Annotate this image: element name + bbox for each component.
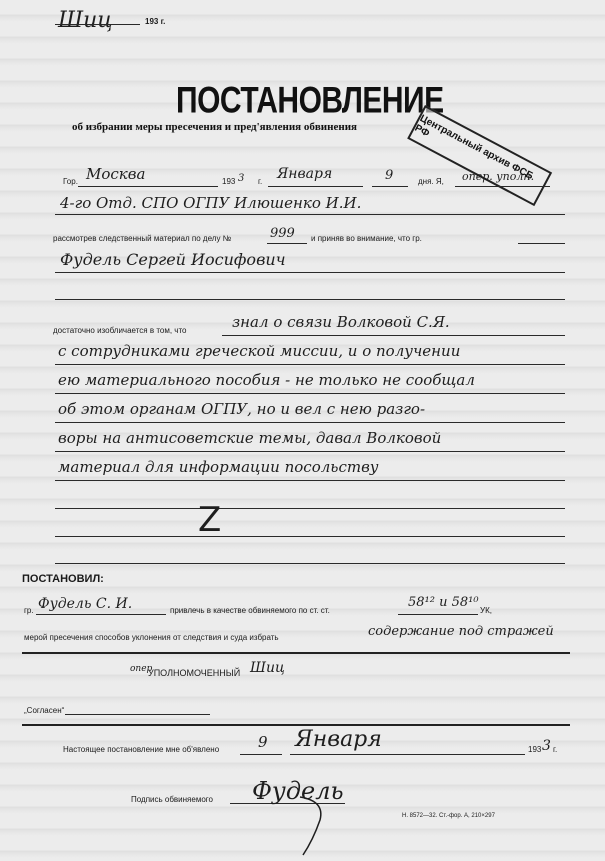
day-underline (372, 186, 408, 187)
blank-mark: Z (198, 500, 221, 540)
agreed-underline (65, 714, 210, 715)
announce-year-label: 193 (528, 745, 541, 754)
considered-suffix: и приняв во внимание, что гр. (311, 234, 422, 243)
day-label: дня. Я, (418, 177, 444, 186)
citizen-underline (36, 614, 166, 615)
page-title: ПОСТАНОВЛЕНИЕ (176, 80, 444, 123)
charge-underline-5 (55, 480, 565, 481)
charge-articles-label: привлечь в качестве обвиняемого по ст. с… (170, 606, 330, 615)
considered-label: рассмотрев следственный материал по делу… (53, 234, 231, 243)
blank-line-3 (55, 536, 565, 537)
archive-stamp: Центральный архив ФСБ РФ (407, 105, 552, 206)
month-value: Января (277, 166, 332, 182)
announce-year-suffix: г. (553, 745, 557, 754)
officer-title-value: опер. уполн. (462, 170, 534, 183)
blank-line-2 (55, 508, 565, 509)
year-value: 3 (238, 173, 244, 184)
announcement-label: Настоящее постановление мне об'явлено (63, 745, 219, 754)
city-value: Москва (86, 165, 145, 183)
print-code: Н. 8572—32. Ст.-фор. А, 210×297 (402, 813, 495, 819)
charge-line: об этом органам ОГПУ, но и вел с нею раз… (58, 400, 425, 418)
charge-line: ею материального пособия - не только не … (58, 371, 475, 389)
charge-line: с сотрудниками греческой миссии, и о пол… (58, 342, 460, 360)
officer-title-underline (455, 186, 550, 187)
announce-month-underline (290, 754, 470, 755)
page-subtitle: об избрании меры пресечения и пред'явлен… (72, 121, 357, 133)
announce-month: Января (295, 727, 382, 752)
agreed-label: „Согласен“ (24, 706, 64, 715)
blank-line-1 (55, 299, 565, 300)
citizen-value: Фудель С. И. (38, 596, 132, 612)
year-suffix: г. (258, 177, 262, 186)
officer-name: 4-го Отд. СПО ОГПУ Илюшенко И.И. (60, 194, 361, 212)
case-number: 999 (270, 226, 295, 241)
charge-label: достаточно изобличается в том, что (53, 326, 187, 335)
announce-day: 9 (258, 733, 268, 751)
officer-signature: Шиц (250, 660, 285, 676)
charge-line: материал для информации посольству (58, 458, 379, 476)
officer-label: УПОЛНОМОЧЕННЫЙ (148, 668, 240, 678)
announce-year-underline (470, 754, 525, 755)
articles-underline (398, 614, 478, 615)
charge-underline-3 (55, 422, 565, 423)
city-label: Гор. (63, 177, 78, 186)
charge-underline-1 (55, 364, 565, 365)
city-underline (78, 186, 218, 187)
citizen-label: гр. (24, 606, 34, 615)
charge-line: воры на антисоветские темы, давал Волков… (58, 429, 441, 447)
measure-underline (22, 652, 570, 654)
announce-day-underline (240, 754, 282, 755)
document-page: Шиц 193 г. ПОСТАНОВЛЕНИЕ об избрании мер… (0, 0, 605, 861)
code-label: УК, (480, 606, 492, 615)
signature-top: Шиц (58, 8, 113, 33)
signature-flourish (295, 795, 335, 860)
header-line (55, 24, 140, 25)
charge-underline-0 (222, 335, 565, 336)
blank-line-4 (55, 563, 565, 564)
year-label: 193 г. (145, 17, 165, 26)
charge-line: знал о связи Волковой С.Я. (232, 313, 450, 331)
officer-underline (55, 214, 565, 215)
accused-underline (55, 272, 565, 273)
agreed-divider (22, 724, 570, 726)
measure-label: мерой пресечения способов уклонения от с… (24, 633, 279, 642)
announce-year-value: 3 (542, 738, 551, 754)
considered-underline (518, 243, 565, 244)
case-number-underline (267, 243, 307, 244)
resolution-heading: ПОСТАНОВИЛ: (22, 573, 104, 585)
signature-label: Подпись обвиняемого (131, 795, 213, 804)
day-value: 9 (385, 168, 393, 183)
measure-value: содержание под стражей (368, 624, 554, 639)
year-prefix: 193 (222, 177, 235, 186)
charge-underline-2 (55, 393, 565, 394)
month-underline (268, 186, 363, 187)
articles-value: 58¹² и 58¹⁰ (408, 595, 479, 610)
accused-name: Фудель Сергей Иосифович (60, 250, 286, 269)
charge-underline-4 (55, 451, 565, 452)
